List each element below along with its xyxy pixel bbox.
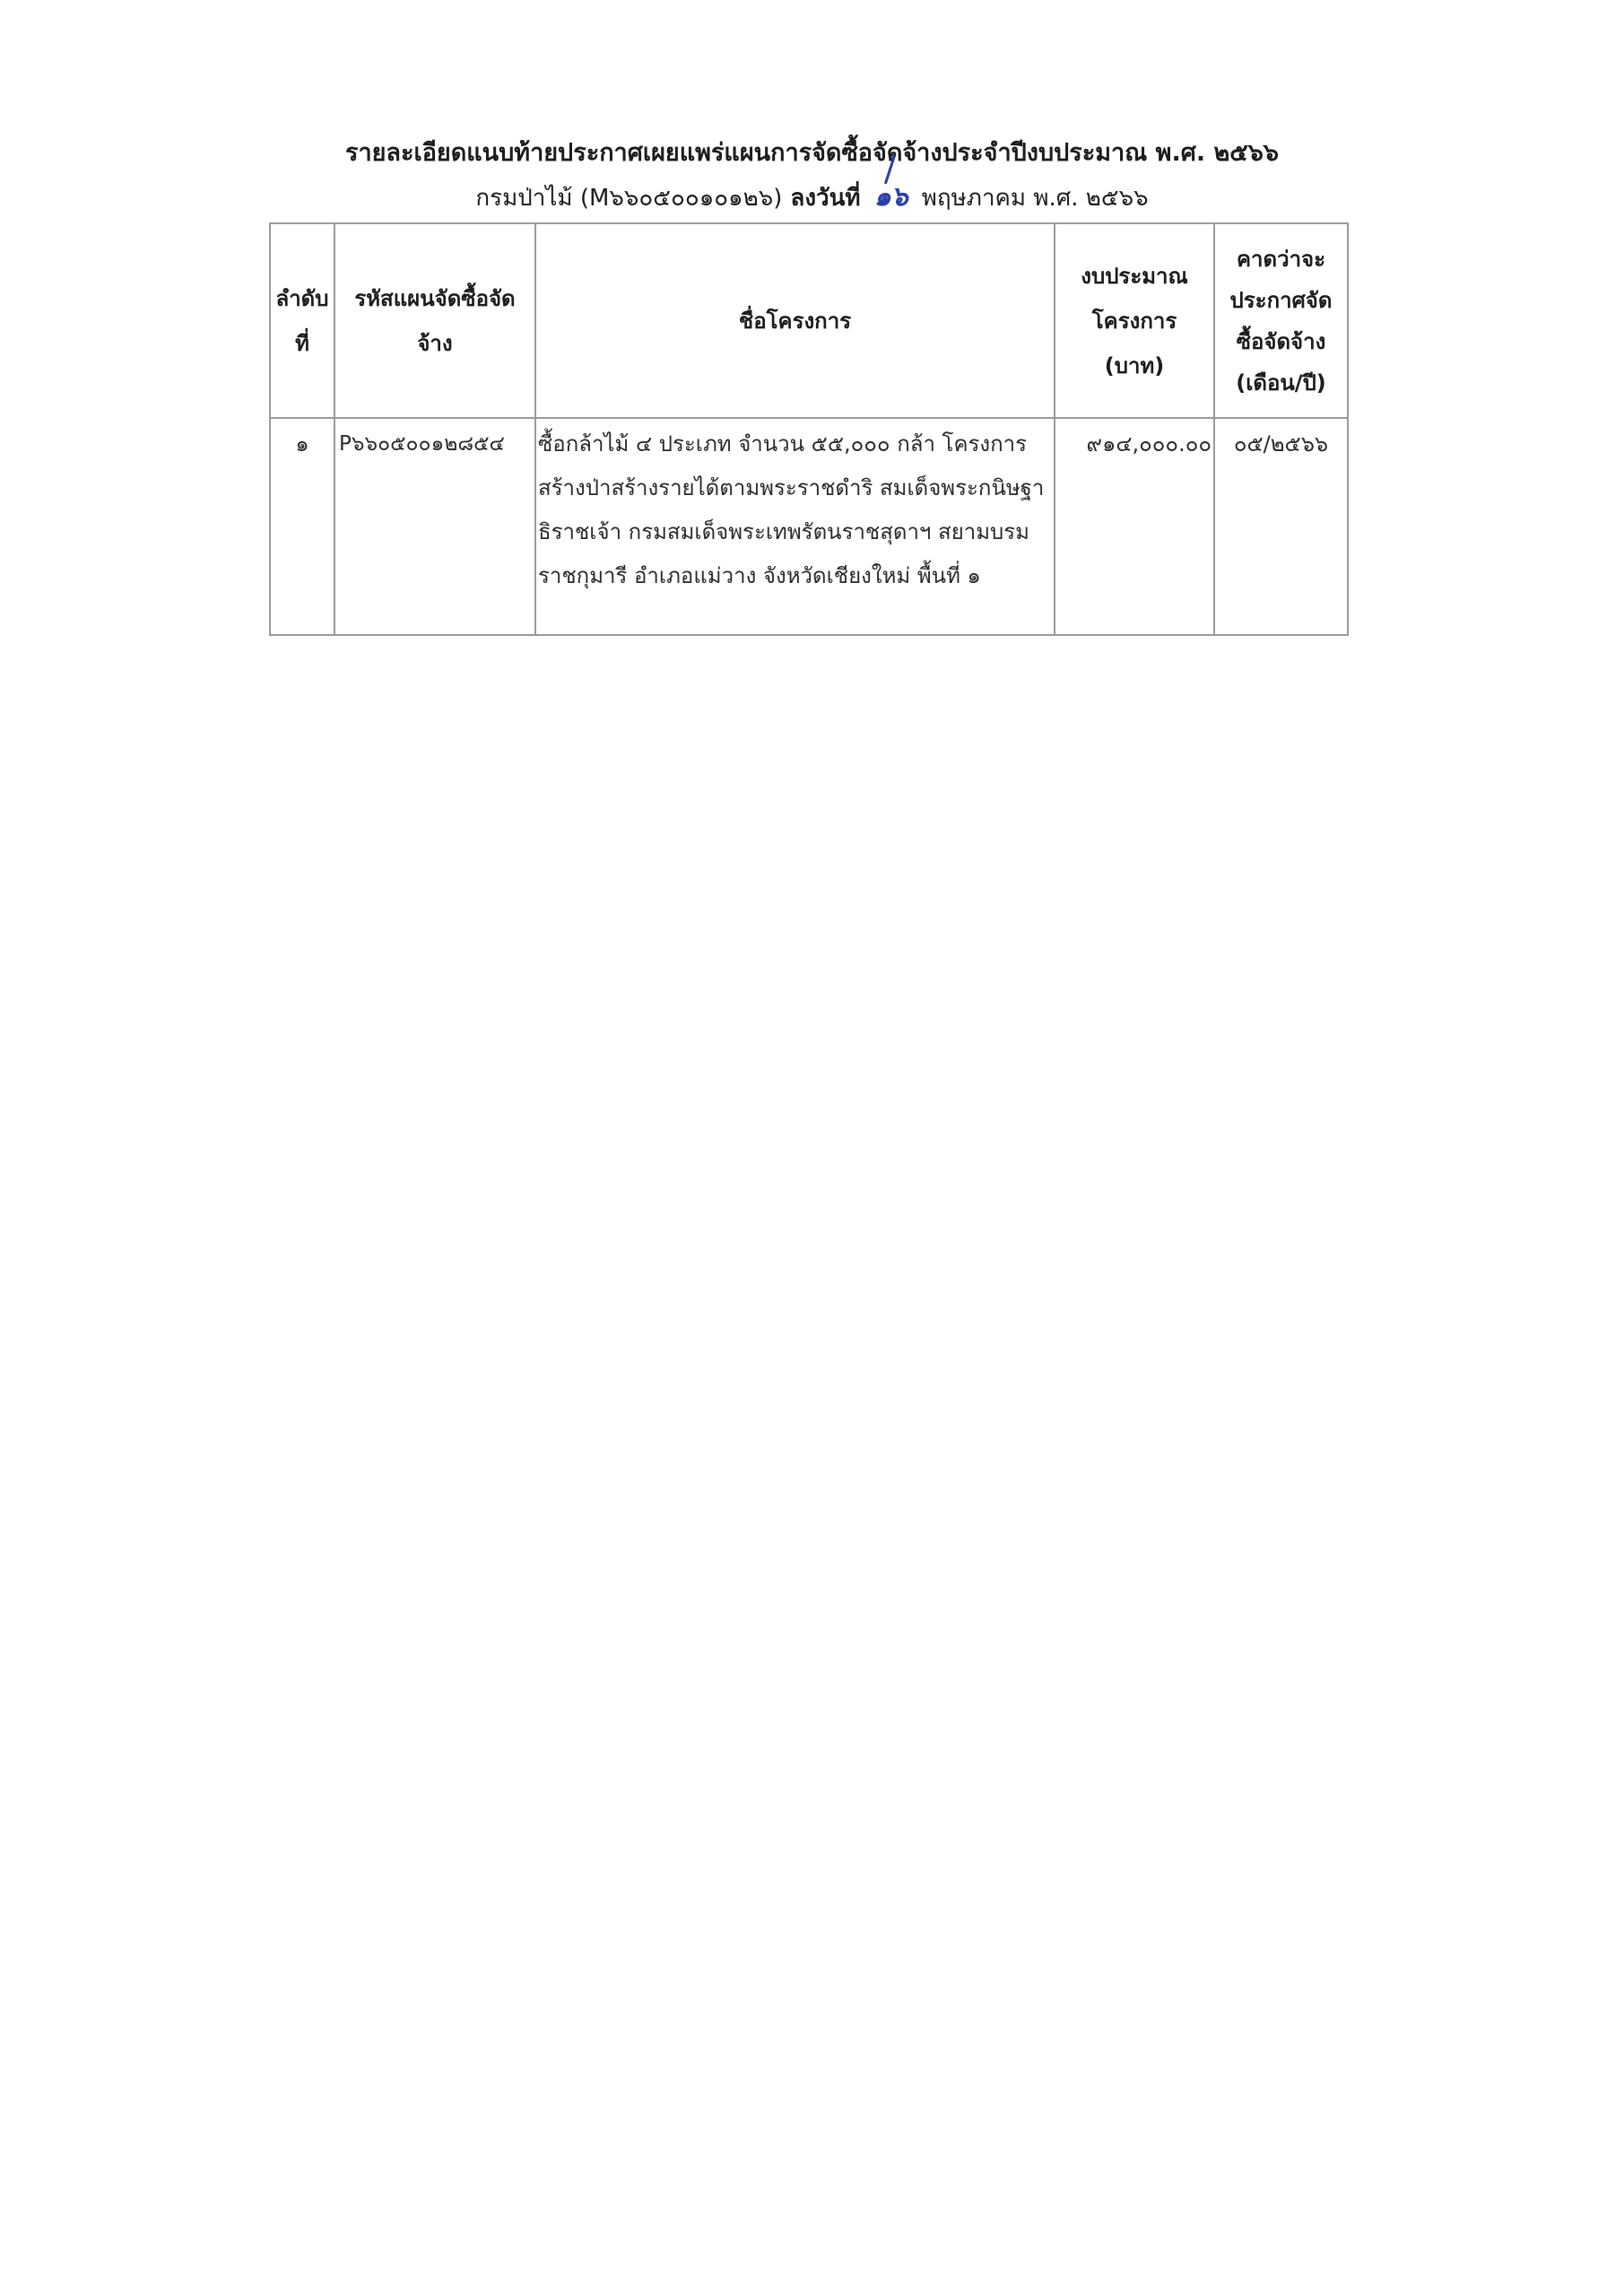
month-year: พฤษภาคม พ.ศ. ๒๕๖๖ [922,185,1149,212]
document-title-line-1: รายละเอียดแนบท้ายประกาศเผยแพร่แผนการจัดซ… [0,133,1624,171]
date-label: ลงวันที่ [790,185,860,212]
cell-expected-month-year: ๐๕/๒๕๖๖ [1214,418,1348,635]
header-plan-code: รหัสแผนจัดซื้อจัด จ้าง [334,223,535,418]
title-text: รายละเอียดแนบท้ายประกาศเผยแพร่แผนการจัดซ… [345,139,1279,167]
cell-budget: ๙๑๔,๐๐๐.๐๐ [1055,418,1214,635]
header-project-name: ชื่อโครงการ [535,223,1055,418]
header-seq: ลำดับ ที่ [270,223,334,418]
table-header-row: ลำดับ ที่ รหัสแผนจัดซื้อจัด จ้าง ชื่อโคร… [270,223,1348,418]
cell-project-name: ซื้อกล้าไม้ ๔ ประเภท จำนวน ๕๕,๐๐๐ กล้า โ… [535,418,1055,635]
cell-plan-code: P๖๖๐๕๐๐๑๒๘๕๔ [334,418,535,635]
header-expected-announcement: คาดว่าจะ ประกาศจัด ซื้อจัดจ้าง (เดือน/ปี… [1214,223,1348,418]
cell-seq: ๑ [270,418,334,635]
document-title-line-2: กรมป่าไม้ (M๖๖๐๕๐๐๑๐๑๒๖) ลงวันที่ ๑๖ พฤษ… [0,176,1624,218]
department-and-announcement-code: กรมป่าไม้ (M๖๖๐๕๐๐๑๐๑๒๖) [475,185,782,212]
document-page: รายละเอียดแนบท้ายประกาศเผยแพร่แผนการจัดซ… [0,0,1624,2296]
procurement-plan-table: ลำดับ ที่ รหัสแผนจัดซื้อจัด จ้าง ชื่อโคร… [269,222,1349,636]
table-row: ๑ P๖๖๐๕๐๐๑๒๘๕๔ ซื้อกล้าไม้ ๔ ประเภท จำนว… [270,418,1348,635]
header-budget: งบประมาณ โครงการ (บาท) [1055,223,1214,418]
handwritten-day: ๑๖ [869,176,914,218]
